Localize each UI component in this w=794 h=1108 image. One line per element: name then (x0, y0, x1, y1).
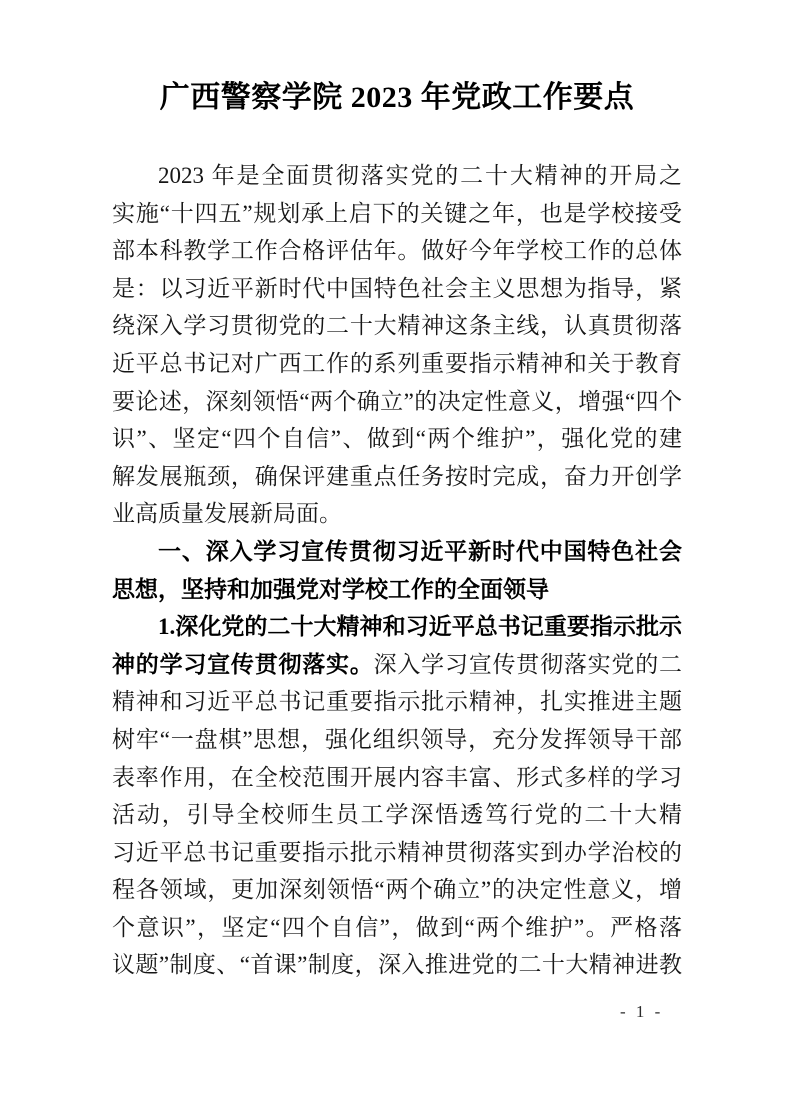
bold-lead-text: 神的学习宣传贯彻落实。 (112, 652, 374, 677)
text-line: 要论述，深刻领悟“两个确立”的决定性意义，增强“四个意 (112, 383, 682, 421)
text-line: 精神和习近平总书记重要指示批示精神，扎实推进主题教育。 (112, 683, 682, 721)
text-line: 神的学习宣传贯彻落实。深入学习宣传贯彻落实党的二十大 (112, 646, 682, 684)
text-line: 议题”制度、“首课”制度，深入推进党的二十大精神进教材进 (112, 946, 682, 984)
text-line: 业高质量发展新局面。 (112, 495, 682, 533)
text-line: 表率作用，在全校范围开展内容丰富、形式多样的学习教育 (112, 759, 682, 797)
text-line: 树牢“一盘棋”思想，强化组织领导，充分发挥领导干部示范 (112, 721, 682, 759)
text-line: 活动，引导全校师生员工学深悟透笃行党的二十大精神，将 (112, 796, 682, 834)
document-body: 2023 年是全面贯彻落实党的二十大精神的开局之年，是 实施“十四五”规划承上启… (112, 157, 682, 984)
document-title: 广西警察学院 2023 年党政工作要点 (0, 78, 794, 118)
text-line: 实施“十四五”规划承上启下的关键之年，也是学校接受教育 (112, 195, 682, 233)
document-page: 广西警察学院 2023 年党政工作要点 2023 年是全面贯彻落实党的二十大精神… (0, 0, 794, 1108)
text-line: 识”、坚定“四个自信”、做到“两个维护”，强化党的建设，破 (112, 420, 682, 458)
text-line: 近平总书记对广西工作的系列重要指示精神和关于教育的重 (112, 345, 682, 383)
text-line: 个意识”，坚定“四个自信”，做到“两个维护”。严格落实“第一 (112, 909, 682, 947)
text-line: 部本科教学工作合格评估年。做好今年学校工作的总体要求 (112, 232, 682, 270)
text-line: 绕深入学习贯彻党的二十大精神这条主线，认真贯彻落实习 (112, 307, 682, 345)
text-line: 程各领域，更加深刻领悟“两个确立”的决定性意义，增强“四 (112, 871, 682, 909)
page-number: - 1 - (620, 1001, 663, 1023)
text-line: 习近平总书记重要指示批示精神贯彻落实到办学治校的全过 (112, 834, 682, 872)
bold-lead-line: 1.深化党的二十大精神和习近平总书记重要指示批示精 (112, 608, 682, 646)
section-heading-line: 一、深入学习宣传贯彻习近平新时代中国特色社会主义 (112, 533, 682, 571)
text-line: 2023 年是全面贯彻落实党的二十大精神的开局之年，是 (112, 157, 682, 195)
text-line: 解发展瓶颈，确保评建重点任务按时完成，奋力开创学校事 (112, 458, 682, 496)
text-line: 是：以习近平新时代中国特色社会主义思想为指导，紧紧围 (112, 270, 682, 308)
section-heading-line: 思想，坚持和加强党对学校工作的全面领导 (112, 571, 682, 609)
